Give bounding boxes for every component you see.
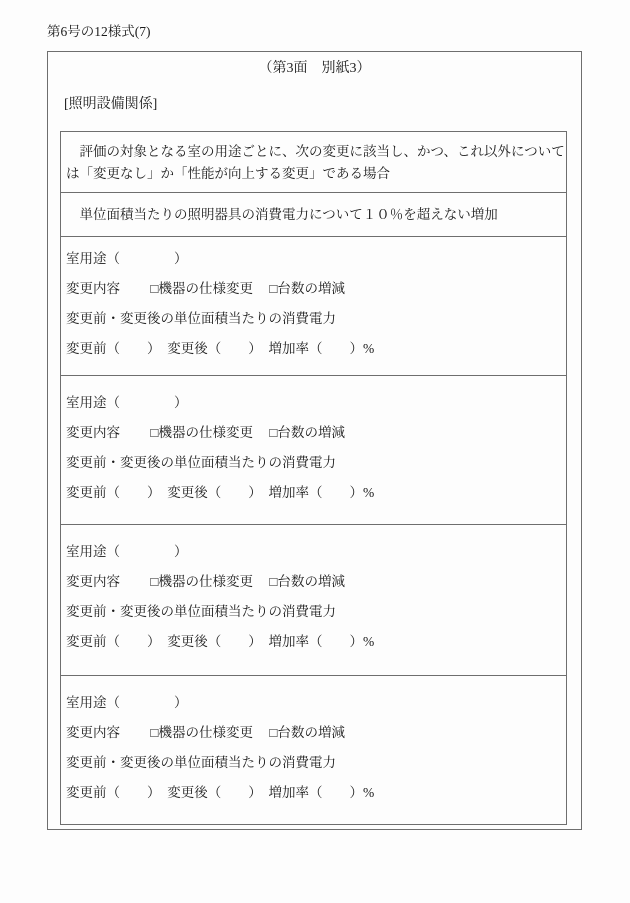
checkbox-spec-change[interactable]: □機器の仕様変更 <box>150 281 253 296</box>
condition-intro-line1: 評価の対象となる室の用途ごとに、次の変更に該当し、かつ、これ以外について <box>66 141 561 163</box>
room-change-block-4: 室用途（ ） 変更内容 □機器の仕様変更 □台数の増減 変更前・変更後の単位面積… <box>61 676 566 824</box>
room-change-block-3: 室用途（ ） 変更内容 □機器の仕様変更 □台数の増減 変更前・変更後の単位面積… <box>61 525 566 676</box>
change-content-line: 変更内容 □機器の仕様変更 □台数の増減 <box>66 274 561 304</box>
power-consumption-label: 変更前・変更後の単位面積当たりの消費電力 <box>66 304 561 334</box>
change-content-label: 変更内容 <box>66 281 120 296</box>
room-use-line: 室用途（ ） <box>66 537 561 567</box>
checkbox-count-change[interactable]: □台数の増減 <box>269 425 345 440</box>
checkbox-count-change[interactable]: □台数の増減 <box>269 725 345 740</box>
power-consumption-label: 変更前・変更後の単位面積当たりの消費電力 <box>66 748 561 778</box>
before-after-values-line: 変更前（ ） 変更後（ ） 増加率（ ）% <box>66 334 561 364</box>
sheet-title: （第3面 別紙3） <box>48 57 581 77</box>
room-change-block-2: 室用途（ ） 変更内容 □機器の仕様変更 □台数の増減 変更前・変更後の単位面積… <box>61 376 566 525</box>
room-use-line: 室用途（ ） <box>66 688 561 718</box>
change-content-label: 変更内容 <box>66 425 120 440</box>
change-content-line: 変更内容 □機器の仕様変更 □台数の増減 <box>66 718 561 748</box>
change-content-line: 変更内容 □機器の仕様変更 □台数の増減 <box>66 418 561 448</box>
change-content-label: 変更内容 <box>66 725 120 740</box>
section-label-lighting: [照明設備関係] <box>64 93 157 113</box>
checkbox-count-change[interactable]: □台数の増減 <box>269 574 345 589</box>
change-content-line: 変更内容 □機器の仕様変更 □台数の増減 <box>66 567 561 597</box>
room-use-line: 室用途（ ） <box>66 244 561 274</box>
form-inner-table: 評価の対象となる室の用途ごとに、次の変更に該当し、かつ、これ以外について は「変… <box>60 131 567 825</box>
checkbox-count-change[interactable]: □台数の増減 <box>269 281 345 296</box>
before-after-values-line: 変更前（ ） 変更後（ ） 増加率（ ）% <box>66 627 561 657</box>
room-use-line: 室用途（ ） <box>66 388 561 418</box>
condition-intro-row: 評価の対象となる室の用途ごとに、次の変更に該当し、かつ、これ以外について は「変… <box>61 132 566 193</box>
before-after-values-line: 変更前（ ） 変更後（ ） 増加率（ ）% <box>66 478 561 508</box>
change-content-label: 変更内容 <box>66 574 120 589</box>
before-after-values-line: 変更前（ ） 変更後（ ） 増加率（ ）% <box>66 778 561 808</box>
power-consumption-label: 変更前・変更後の単位面積当たりの消費電力 <box>66 597 561 627</box>
condition-rule-text: 単位面積当たりの照明器具の消費電力について１０％を超えない増加 <box>66 205 561 225</box>
checkbox-spec-change[interactable]: □機器の仕様変更 <box>150 425 253 440</box>
room-change-block-1: 室用途（ ） 変更内容 □機器の仕様変更 □台数の増減 変更前・変更後の単位面積… <box>61 237 566 376</box>
checkbox-spec-change[interactable]: □機器の仕様変更 <box>150 574 253 589</box>
condition-intro-line2: は「変更なし」か「性能が向上する変更」である場合 <box>66 163 561 185</box>
form-number-label: 第6号の12様式(7) <box>47 20 151 40</box>
form-outer-box: （第3面 別紙3） [照明設備関係] 評価の対象となる室の用途ごとに、次の変更に… <box>47 51 582 830</box>
checkbox-spec-change[interactable]: □機器の仕様変更 <box>150 725 253 740</box>
document-page: 第6号の12様式(7) （第3面 別紙3） [照明設備関係] 評価の対象となる室… <box>0 0 630 903</box>
power-consumption-label: 変更前・変更後の単位面積当たりの消費電力 <box>66 448 561 478</box>
condition-rule-row: 単位面積当たりの照明器具の消費電力について１０％を超えない増加 <box>61 193 566 237</box>
